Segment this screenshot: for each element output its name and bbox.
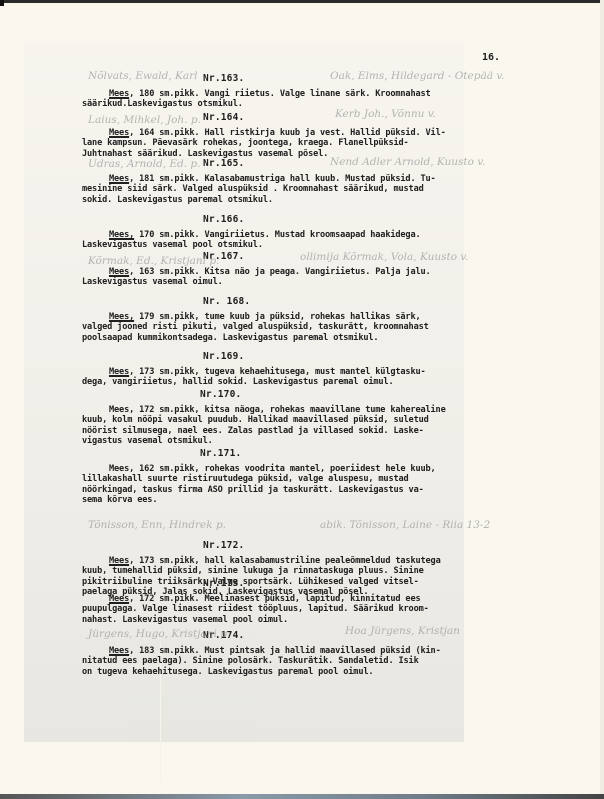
handwritten-annotation: Nõlvats, Ewald, Karl bbox=[88, 70, 198, 82]
subject-label: Mees bbox=[109, 367, 129, 377]
entry-description: Mees, 172 sm.pikk, kitsa näoga, rohekas … bbox=[82, 405, 522, 447]
entry-number: Nr.163. bbox=[203, 73, 244, 84]
entry-description: Mees, 170 sm.pikk. Vangiriietus. Mustad … bbox=[82, 230, 522, 251]
subject-label: Mees bbox=[109, 267, 129, 277]
handwritten-annotation: Jürgens, Hugo, Kristjani p. bbox=[88, 628, 230, 640]
entry-description: Mees, 173 sm.pikk, hall kalasabamustrili… bbox=[82, 556, 522, 598]
entry-description: Mees, 172 sm.pikk. Meelinasest püksid, l… bbox=[82, 594, 522, 625]
handwritten-annotation: Tõnisson, Enn, Hindrek p. bbox=[88, 519, 226, 531]
subject-label: Mees, bbox=[109, 312, 134, 322]
entry-number: Nr.173. bbox=[203, 578, 244, 589]
entry-number: Nr.166. bbox=[203, 214, 244, 225]
subject-label: Mees bbox=[109, 646, 129, 656]
handwritten-annotation: Laius, Mihkel, Joh. p. bbox=[88, 114, 201, 126]
handwritten-annotation: abik. Tõnisson, Laine - Riia 13-2 bbox=[320, 519, 490, 531]
entry-description: Mees, 173 sm.pikk, tugeva kehaehitusega,… bbox=[82, 367, 522, 388]
entry-description: Mees, 163 sm.pikk. Kitsa näo ja peaga. V… bbox=[82, 267, 522, 288]
handwritten-annotation: Oak, Elms, Hildegard - Otepää v. bbox=[330, 70, 504, 82]
handwritten-annotation: Hoa Jürgens, Kristjan bbox=[345, 625, 460, 637]
subject-label: Mees bbox=[109, 594, 129, 604]
entry-number: Nr.169. bbox=[203, 351, 244, 362]
subject-label: Mees bbox=[109, 89, 129, 99]
entry-description: Mees, 183 sm.pikk. Must pintsak ja halli… bbox=[82, 646, 522, 677]
page-number: 16. bbox=[482, 52, 500, 63]
handwritten-annotation: Kõrmak, Ed., Kristjani p. bbox=[88, 255, 219, 267]
subject-label: Mees, bbox=[109, 230, 134, 240]
handwritten-annotation: Kerb Joh., Võnnu v. bbox=[335, 108, 436, 120]
entry-number: Nr.164. bbox=[203, 112, 244, 123]
entry-number: Nr.171. bbox=[200, 448, 241, 459]
handwritten-annotation: Nend Adler Arnold, Kuusto v. bbox=[330, 156, 485, 168]
entry-description: Mees, 181 sm.pikk. Kalasabamustriga hall… bbox=[82, 174, 522, 205]
entry-description: Mees, 179 sm.pikk, tume kuub ja püksid, … bbox=[82, 312, 522, 343]
document-page: 16. Nr.163.Mees, 180 sm.pikk. Vangi riie… bbox=[0, 0, 604, 799]
entry-description: Mees, 162 sm.pikk, rohekas voodrita mant… bbox=[82, 464, 522, 506]
handwritten-annotation: Udras, Arnold, Ed. p. bbox=[88, 158, 200, 170]
subject-label: Mees bbox=[109, 174, 129, 184]
entry-description: Mees, 180 sm.pikk. Vangi riietus. Valge … bbox=[82, 89, 522, 110]
entry-number: Nr.170. bbox=[200, 389, 241, 400]
subject-label: Mees bbox=[109, 556, 129, 566]
entry-number: Nr. 168. bbox=[203, 296, 250, 307]
entry-number: Nr.165. bbox=[203, 158, 244, 169]
entry-description: Mees, 164 sm.pikk. Hall ristkirja kuub j… bbox=[82, 128, 522, 159]
entry-number: Nr.172. bbox=[203, 540, 244, 551]
subject-label: Mees bbox=[109, 128, 129, 138]
handwritten-annotation: ollimija Kõrmak, Vola, Kuusto v. bbox=[300, 251, 468, 263]
